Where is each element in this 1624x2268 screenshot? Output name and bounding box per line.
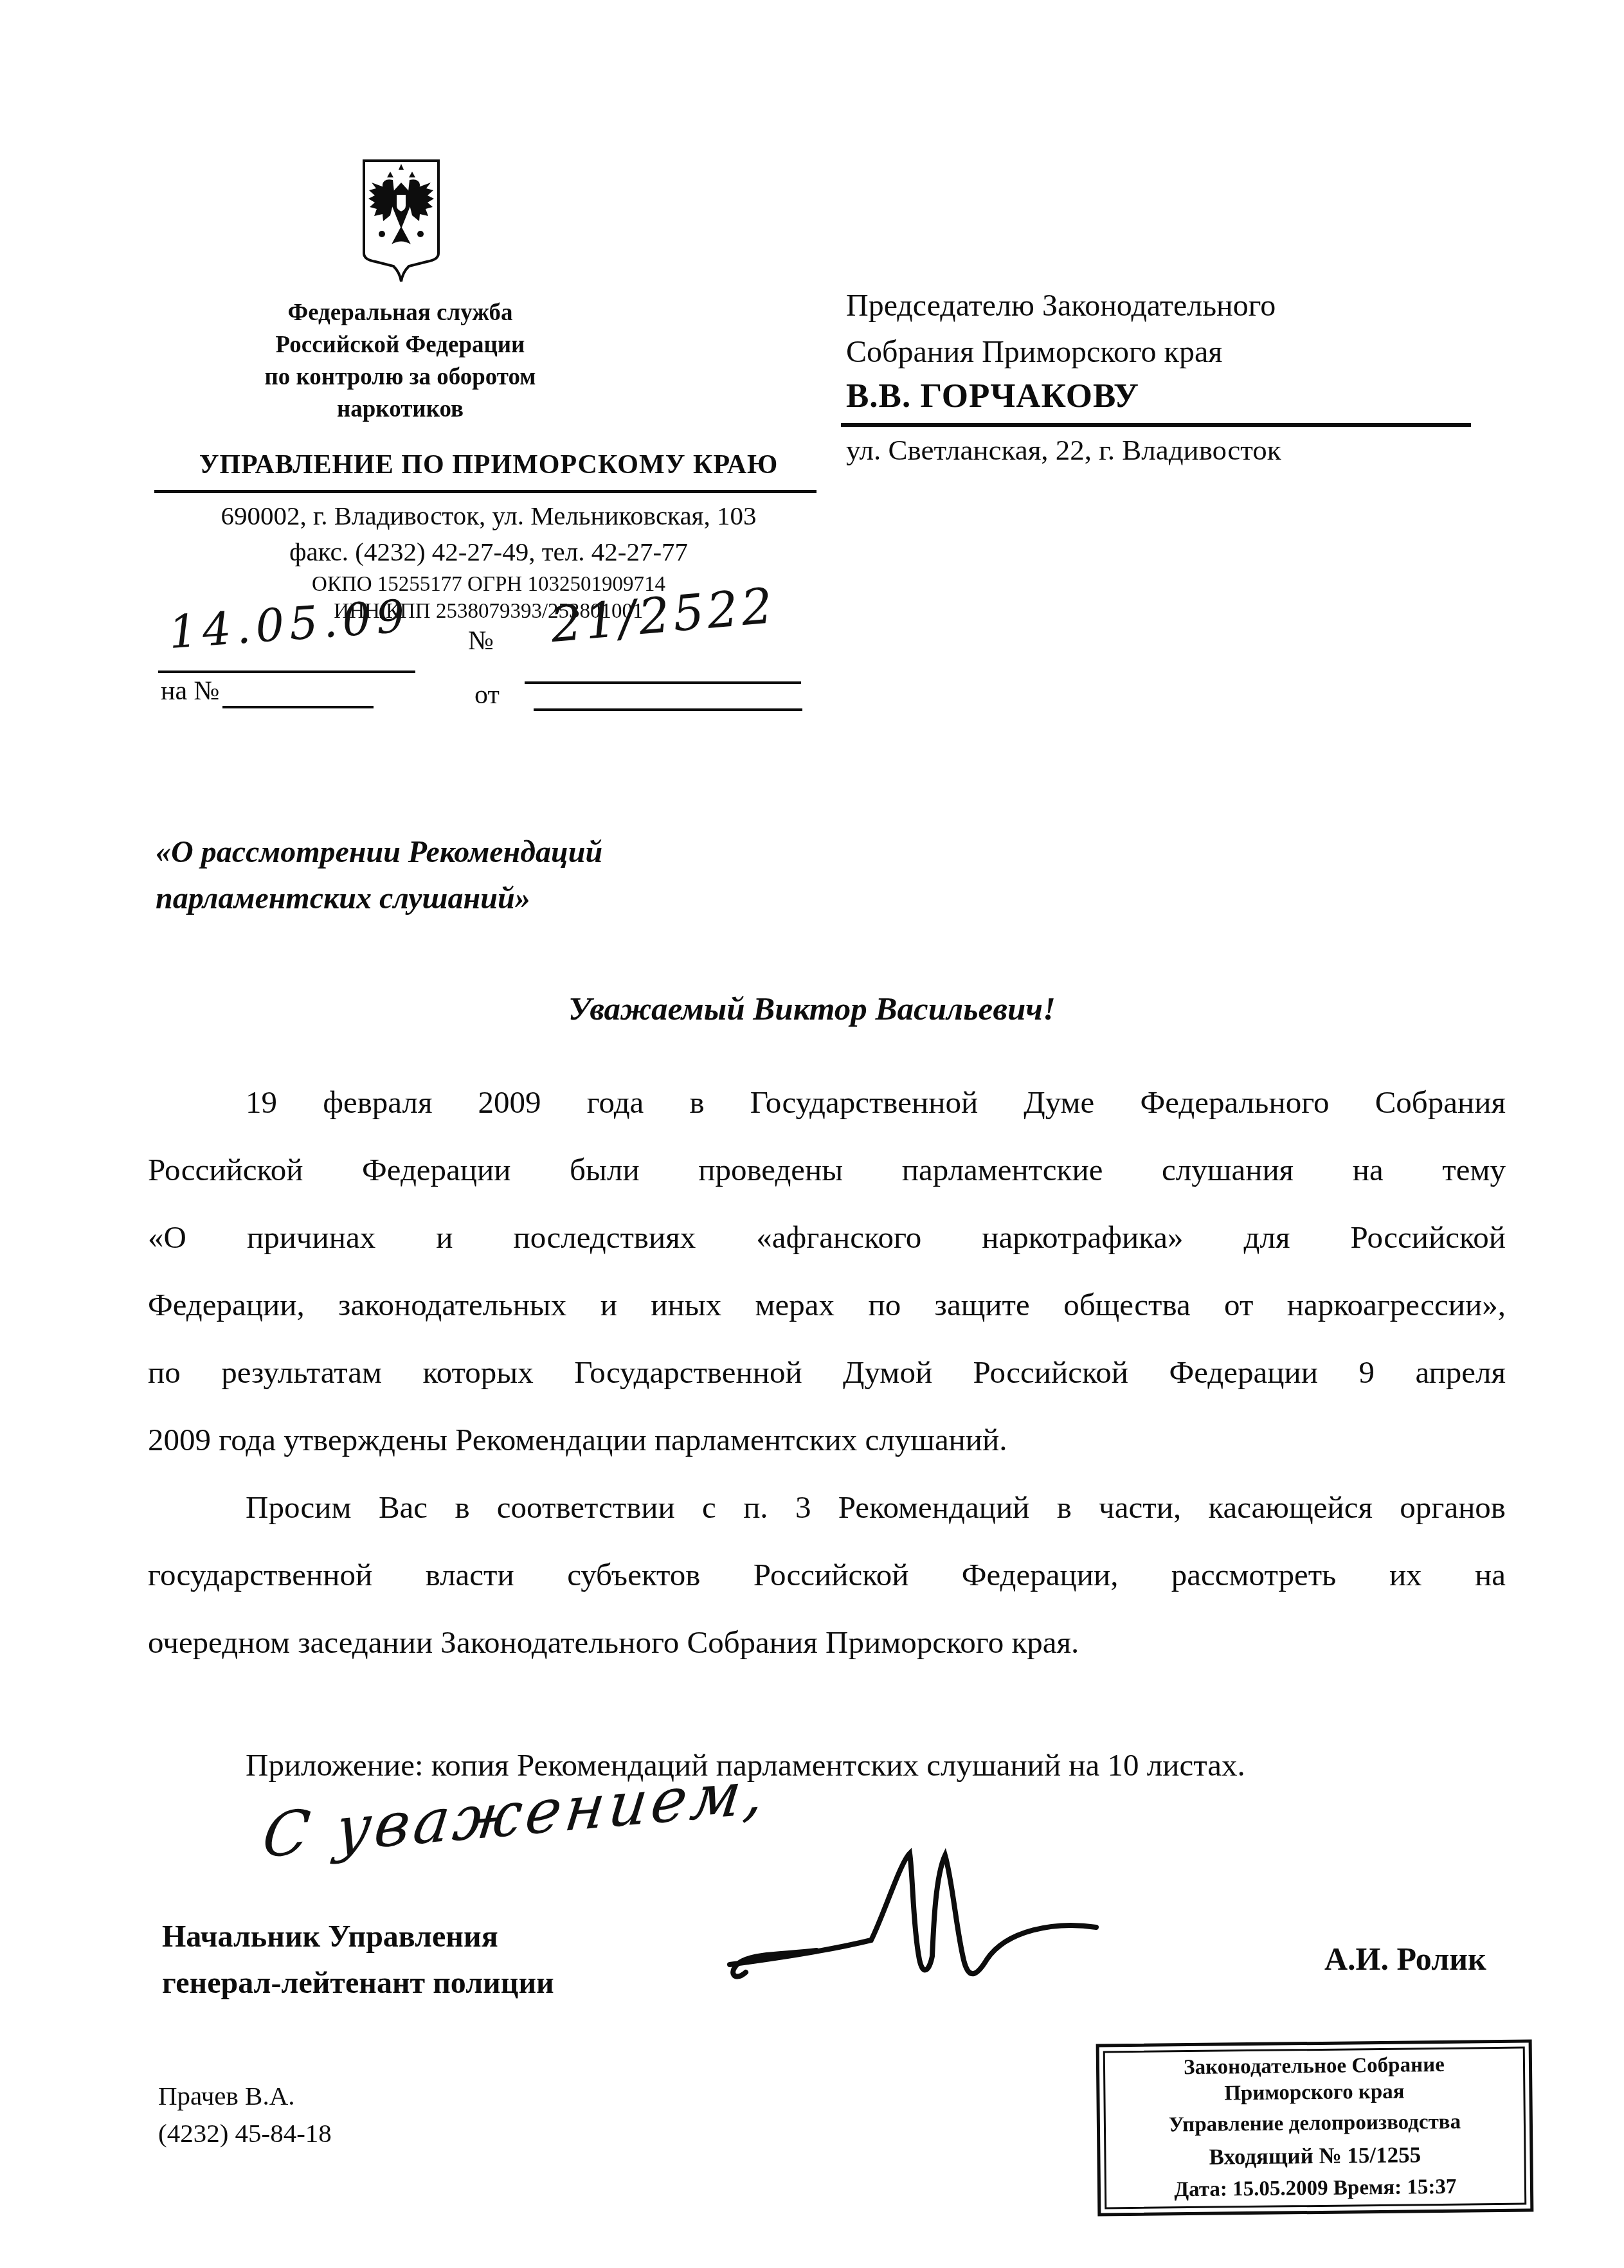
addressee-line-2: Собрания Приморского края [846, 332, 1540, 373]
coat-of-arms-icon [359, 157, 444, 285]
addressee-divider [841, 423, 1471, 427]
executor-phone: (4232) 45-84-18 [158, 2115, 332, 2151]
subject-line-2: парламентских слушаний» [156, 876, 734, 922]
body-line: Российской Федерации были проведены парл… [148, 1136, 1506, 1203]
stamp-date-time: Дата: 15.05.2009 Время: 15:37 [1106, 2173, 1524, 2204]
incoming-stamp: Законодательное Собрание Приморского кра… [1096, 2039, 1534, 2216]
salutation: Уважаемый Виктор Васильевич! [0, 986, 1624, 1032]
reply-to-label: на № [161, 675, 220, 707]
signer-title-line-1: Начальник Управления [162, 1917, 498, 1957]
from-label: от [474, 679, 500, 711]
number-label: № [468, 625, 494, 657]
executor-name: Прачев В.А. [158, 2078, 295, 2114]
stamp-org-line-2: Приморского края [1105, 2078, 1523, 2109]
addressee-line-1: Председателю Законодательного [846, 285, 1540, 327]
stamp-incoming-number: Входящий № 15/1255 [1106, 2141, 1524, 2172]
body-line: по результатам которых Государственной Д… [148, 1338, 1506, 1406]
from-underline [534, 708, 802, 711]
addressee-address: ул. Светланская, 22, г. Владивосток [846, 429, 1540, 471]
reply-to-underline [222, 706, 374, 708]
body-line: 19 февраля 2009 года в Государственной Д… [148, 1068, 1506, 1136]
body-line: Просим Вас в соответствии с п. 3 Рекомен… [148, 1473, 1506, 1541]
signer-title-line-2: генерал-лейтенант полиции [162, 1963, 554, 2003]
letterhead-divider [154, 490, 817, 493]
stamp-org-line-1: Законодательное Собрание [1105, 2051, 1523, 2082]
body-line: очередном заседании Законодательного Соб… [148, 1608, 1506, 1676]
incoming-stamp-inner: Законодательное Собрание Приморского кра… [1103, 2047, 1527, 2209]
org-line-2: Российской Федерации [109, 329, 691, 361]
letterhead-address: 690002, г. Владивосток, ул. Мельниковска… [148, 499, 829, 532]
body-line: «О причинах и последствиях «афганского н… [148, 1203, 1506, 1271]
body-line: государственной власти субъектов Российс… [148, 1541, 1506, 1608]
attachment-line: Приложение: копия Рекомендаций парламент… [148, 1731, 1506, 1799]
subject-line-1: «О рассмотрении Рекомендаций [156, 829, 734, 876]
letter-body: 19 февраля 2009 года в Государственной Д… [148, 1068, 1506, 1799]
addressee-name: В.В. ГОРЧАКОВУ [846, 375, 1540, 417]
number-underline [525, 681, 801, 684]
letter-page: Федеральная служба Российской Федерации … [0, 0, 1624, 2268]
org-line-4: наркотиков [109, 393, 691, 426]
body-line: Федерации, законодательных и иных мерах … [148, 1271, 1506, 1338]
signer-name: А.И. Ролик [1324, 1940, 1486, 1977]
date-underline [158, 670, 415, 673]
body-line: 2009 года утверждены Рекомендации парлам… [148, 1406, 1506, 1473]
stamp-department: Управление делопроизводства [1106, 2109, 1524, 2139]
org-line-1: Федеральная служба [109, 297, 691, 329]
letterhead-directorate: УПРАВЛЕНИЕ ПО ПРИМОРСКОМУ КРАЮ [148, 447, 829, 482]
letterhead-org: Федеральная служба Российской Федерации … [109, 297, 691, 426]
signature-icon [720, 1836, 1119, 2010]
org-line-3: по контролю за оборотом [109, 361, 691, 393]
letterhead-phones: факс. (4232) 42-27-49, тел. 42-27-77 [148, 535, 829, 568]
